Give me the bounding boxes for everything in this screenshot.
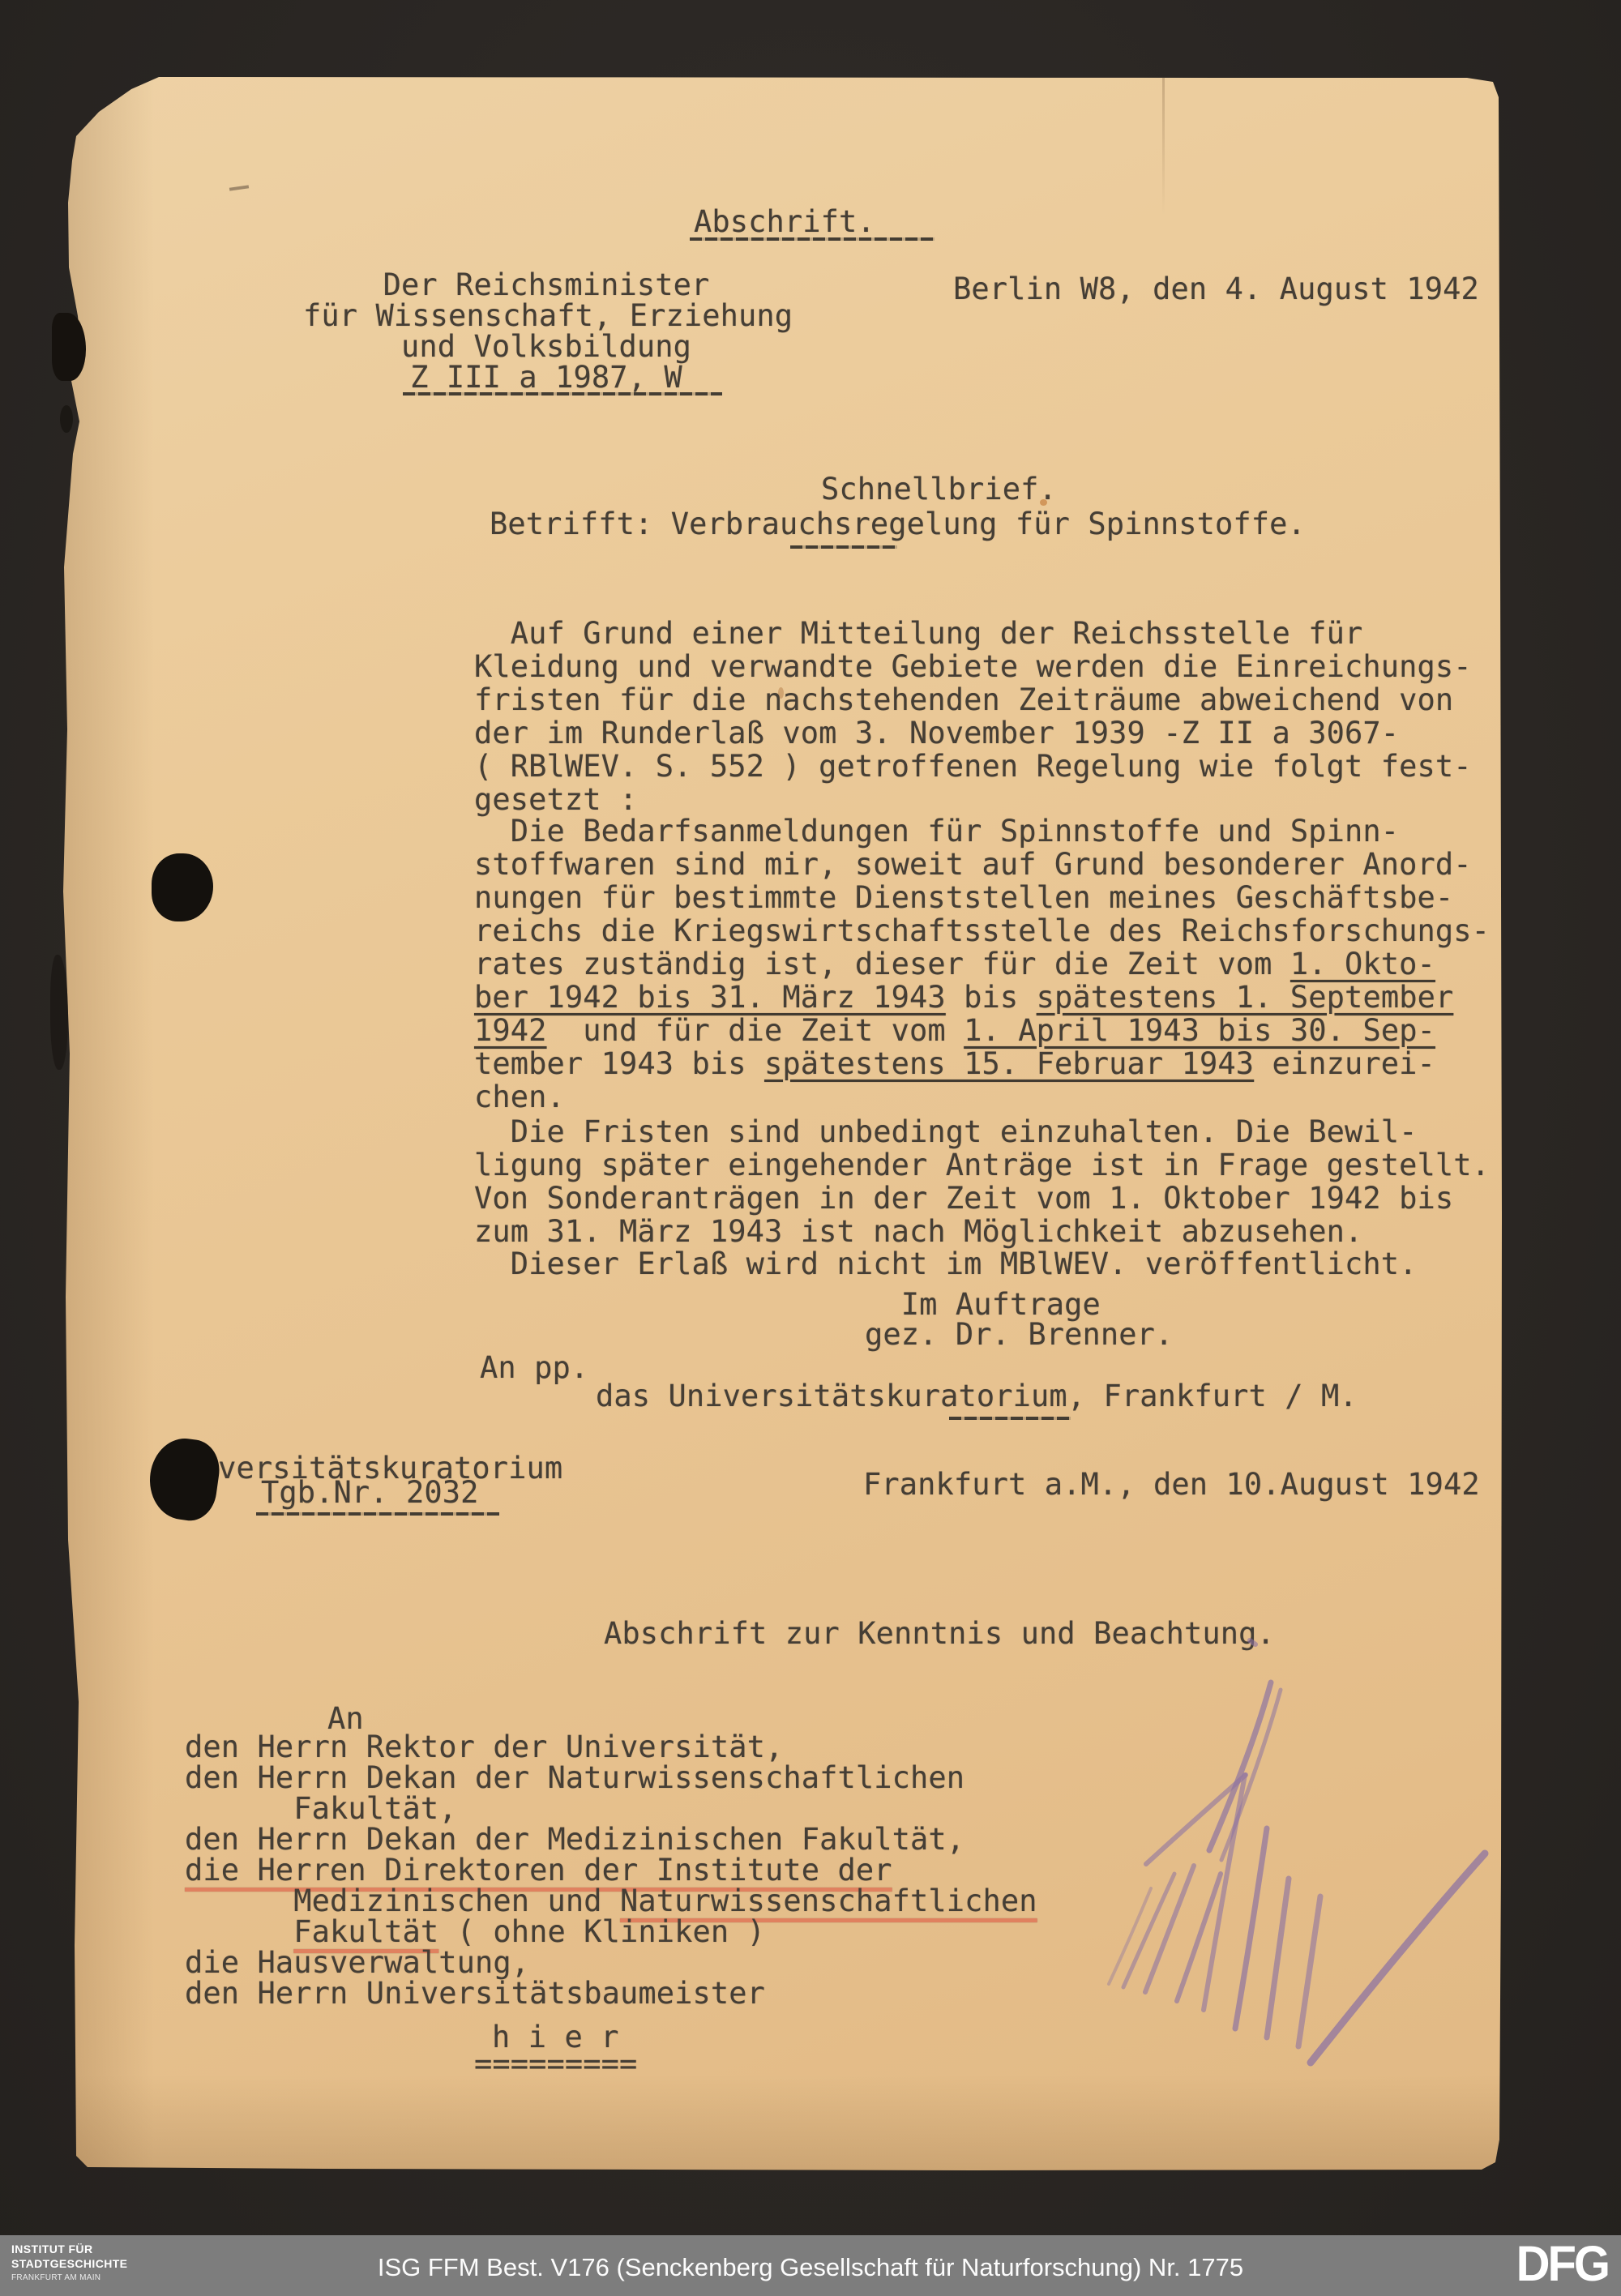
archive-reference-label: ISG FFM Best. V176 (Senckenberg Gesellsc… xyxy=(0,2253,1621,2282)
scanned-document-page: Abschrift. Der Reichsministerfür Wissens… xyxy=(0,0,1621,2296)
note-line: Abschrift zur Kenntnis und Beachtung. xyxy=(604,1617,1275,1650)
signature-block: Im Auftragegez. Dr. Brenner. xyxy=(865,1289,1173,1349)
reference-underline xyxy=(403,392,722,395)
place-date-line: Berlin W8, den 4. August 1942 xyxy=(953,272,1479,306)
body-paragraph-1: Auf Grund einer Mitteilung der Reichsste… xyxy=(474,617,1472,816)
kuratorium-tgb-number: Tgb.Nr. 2032 xyxy=(261,1476,479,1509)
hier-double-rule: ========= xyxy=(474,2047,637,2080)
subject-dashes xyxy=(790,545,897,549)
edge-tear xyxy=(50,955,68,1070)
distribution-list: den Herrn Rektor der Universität,den Her… xyxy=(185,1732,1037,2009)
body-paragraph-3: Die Fristen sind unbedingt einzuhalten. … xyxy=(474,1115,1490,1248)
body-paragraph-2: Die Bedarfsanmeldungen für Spinnstoffe u… xyxy=(474,815,1490,1114)
paper-crease xyxy=(1162,78,1165,216)
edge-tear xyxy=(60,405,73,433)
heading-abschrift: Abschrift. xyxy=(694,206,875,238)
institute-line-2: STADTGESCHICHTE xyxy=(11,2256,127,2271)
institute-line-3: FRANKFURT AM MAIN xyxy=(11,2271,127,2285)
dfg-logo: DFG xyxy=(1516,2235,1608,2292)
delivery-type-label: Schnellbrief. xyxy=(821,472,1057,506)
recipient-dashes xyxy=(949,1417,1071,1420)
heading-underline xyxy=(690,237,935,241)
institute-logo-text: INSTITUT FÜR STADTGESCHICHTE FRANKFURT A… xyxy=(11,2242,127,2285)
recipient-line: das Universitätskuratorium, Frankfurt / … xyxy=(596,1379,1358,1413)
institute-line-1: INSTITUT FÜR xyxy=(11,2242,127,2256)
letterhead-sender: Der Reichsministerfür Wissenschaft, Erzi… xyxy=(303,270,789,393)
tgb-underline xyxy=(256,1512,499,1516)
body-paragraph-4: Dieser Erlaß wird nicht im MBlWEV. veröf… xyxy=(474,1247,1418,1281)
frankfurt-date-line: Frankfurt a.M., den 10.August 1942 xyxy=(863,1468,1480,1501)
subject-line: Betrifft: Verbrauchsregelung für Spinnst… xyxy=(490,507,1306,541)
an-pp-line: An pp. xyxy=(480,1351,588,1384)
